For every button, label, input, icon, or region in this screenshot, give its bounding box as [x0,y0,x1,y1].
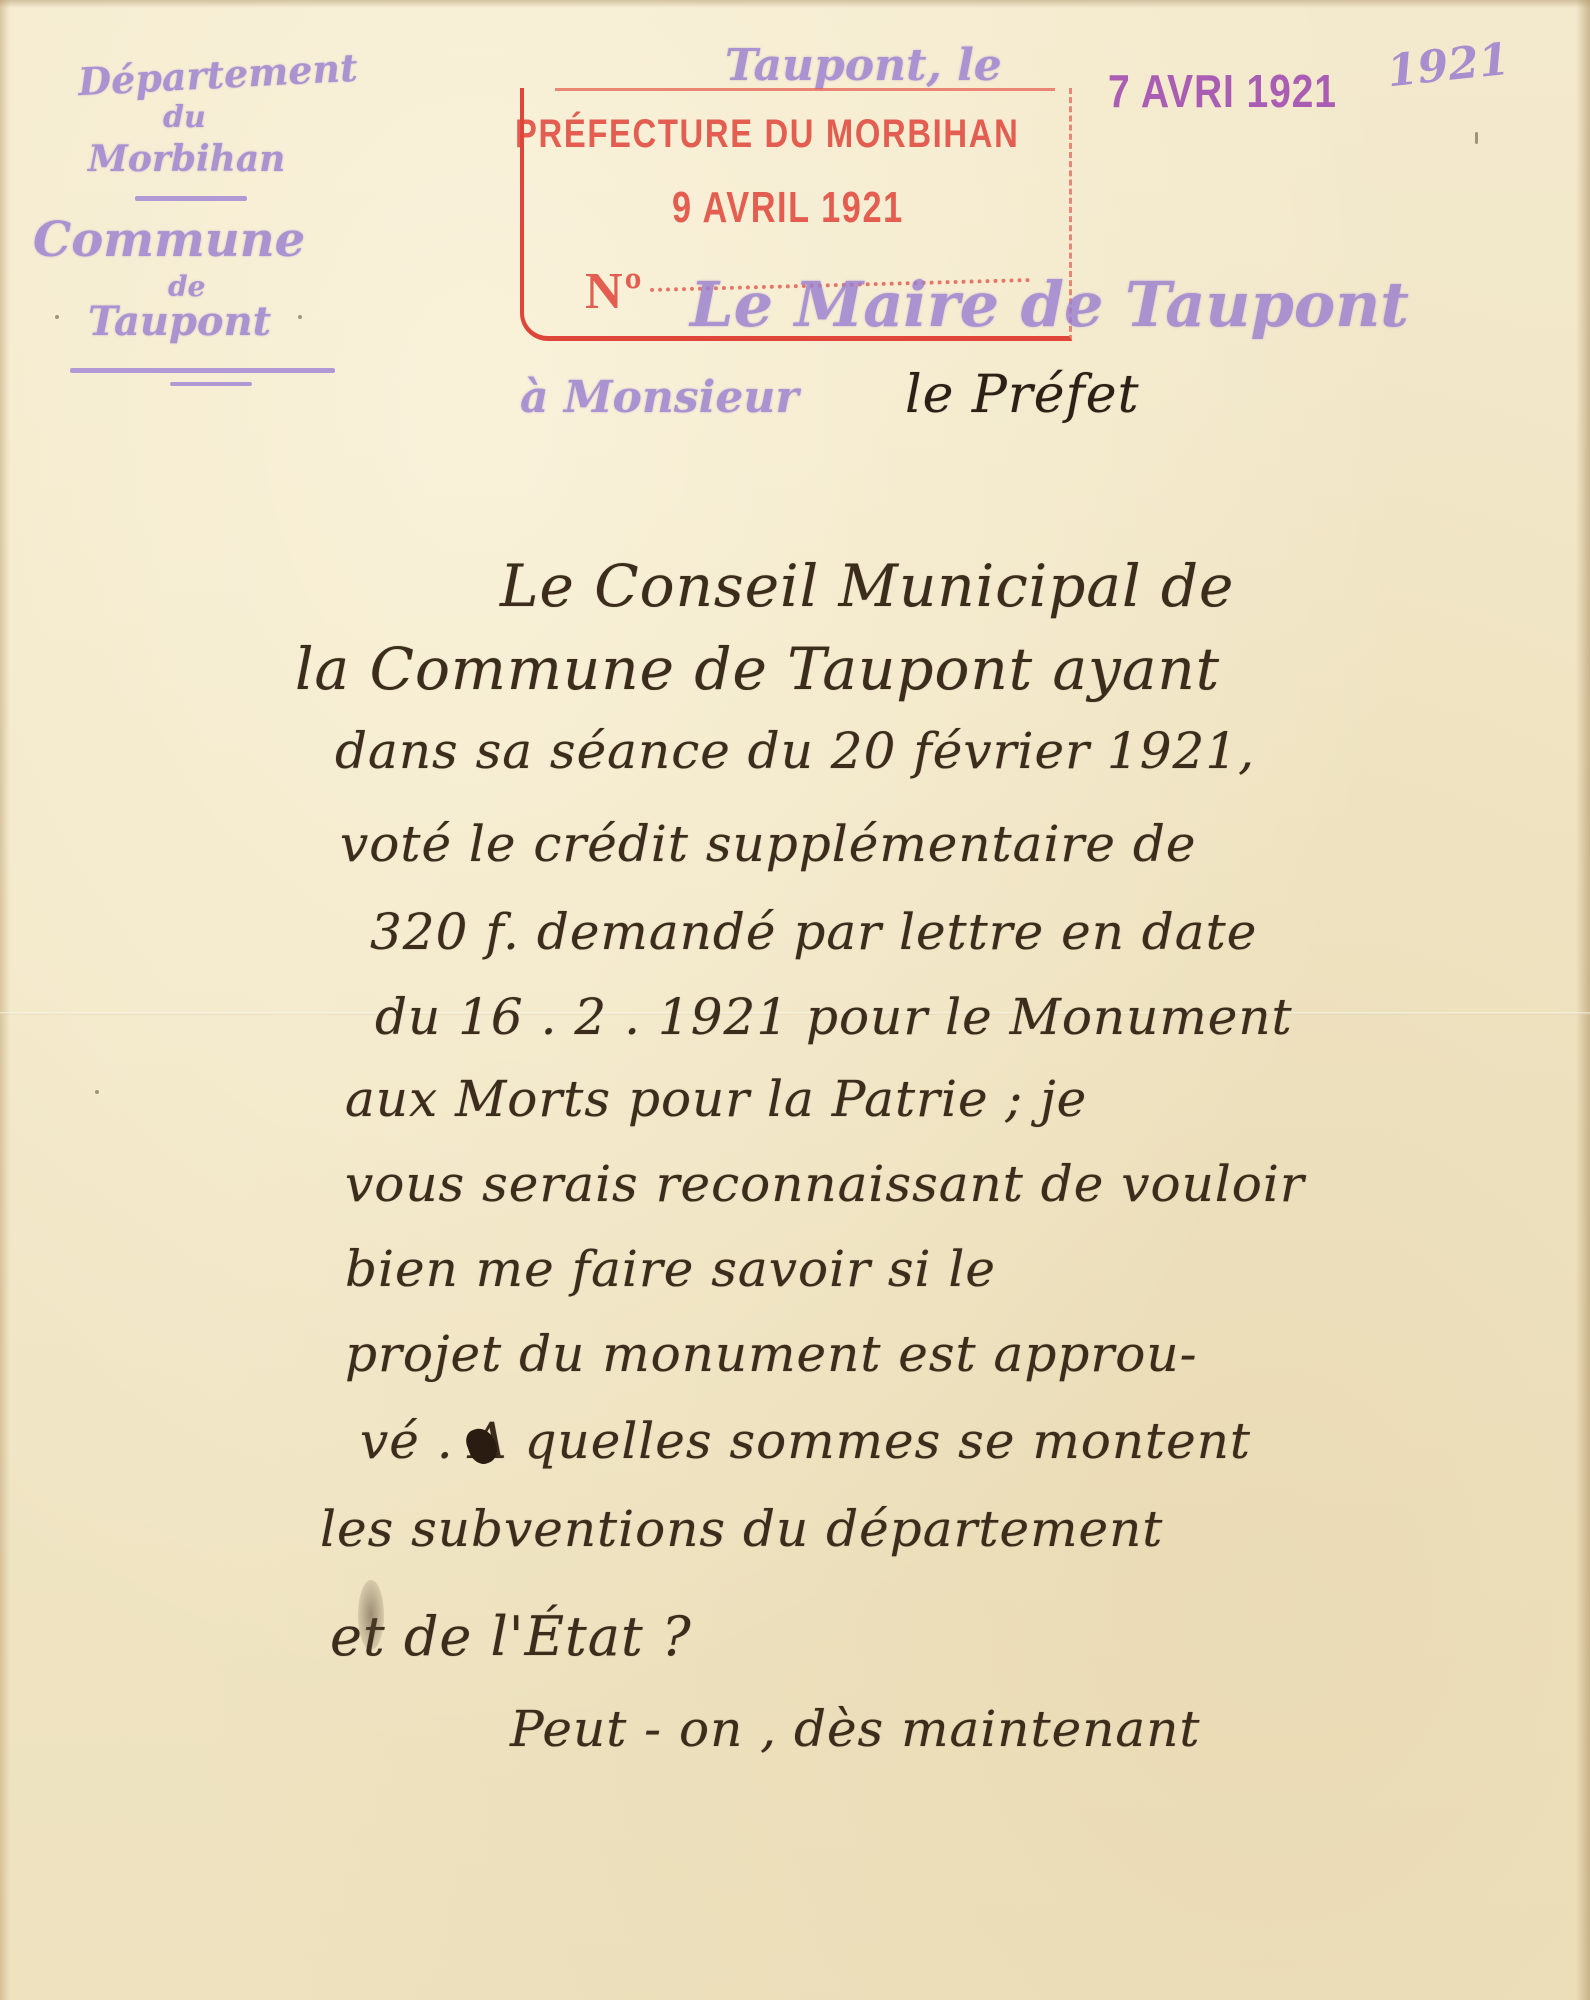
letterhead-departement: Département [77,45,359,105]
recipient-prefix: à Monsieur [520,372,799,423]
letterhead-rule [135,196,247,201]
paper-speck [95,1090,99,1094]
place-date-header: Taupont, le [725,40,1002,91]
paper-speck [55,315,59,319]
letter-page: Département du Morbihan Commune de Taupo… [0,0,1590,2000]
received-date-stamp: 7 AVRI 1921 [1108,64,1337,118]
stamp-title: PRÉFECTURE DU MORBIHAN [515,112,1019,157]
body-line: 320 f. demandé par lettre en date [370,903,1257,961]
body-line: la Commune de Taupont ayant [295,635,1220,703]
letterhead-commune: Commune [33,212,305,268]
body-line: vous serais reconnaissant de vouloir [345,1155,1305,1213]
sender-line: Le Maire de Taupont [690,268,1409,341]
body-line: aux Morts pour la Patrie ; je [345,1070,1087,1128]
recipient-name: le Préfet [905,365,1139,425]
page-edge-left [0,0,10,2000]
body-line: et de l'État ? [330,1605,692,1668]
handwritten-year: 1921 [1385,34,1512,98]
letterhead-taupont: Taupont [88,298,271,345]
body-line: Le Conseil Municipal de [500,552,1234,620]
letterhead-rule [70,368,335,373]
paper-speck [1475,132,1478,144]
body-line: projet du monument est approu- [345,1325,1197,1383]
stamp-date: 9 AVRIL 1921 [672,183,904,233]
ink-smudge [358,1580,384,1650]
body-line: Peut - on , dès maintenant [510,1700,1201,1758]
letterhead-morbihan: Morbihan [88,138,285,180]
page-edge-top [0,0,1590,8]
body-line: bien me faire savoir si le [345,1240,996,1298]
body-line: du 16 . 2 . 1921 pour le Monument [375,988,1293,1046]
letterhead-rule [170,382,252,386]
body-line: voté le crédit supplémentaire de [340,815,1196,873]
paper-speck [298,315,302,319]
body-line: les subventions du département [320,1500,1163,1558]
stamp-number-label: Nº [585,262,644,321]
page-edge-right [1576,0,1590,2000]
body-line: dans sa séance du 20 février 1921, [335,722,1255,780]
letterhead-du: du [163,100,206,135]
